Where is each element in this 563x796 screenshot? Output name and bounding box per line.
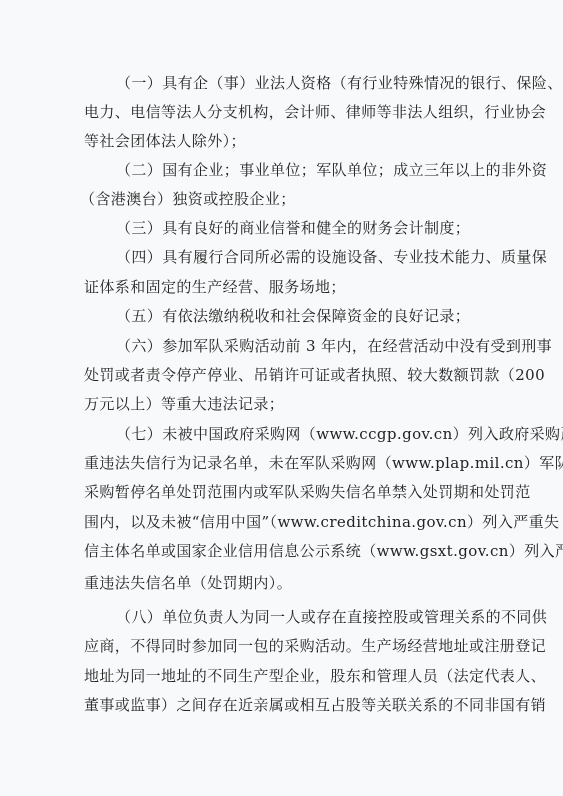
paragraph-7-line-4: 围内，以及未被“信用中国”（www.creditchina.gov.cn）列入严… xyxy=(84,511,480,533)
paragraph-6-line-2: 处罚或者责令停产停业、吊销许可证或者执照、较大数额罚款（200 xyxy=(84,364,480,386)
paragraph-4-line-1: （四）具有履行合同所必需的设施设备、专业技术能力、质量保 xyxy=(116,246,480,268)
paragraph-7-line-2: 重违法失信行为记录名单，未在军队采购网（www.plap.mil.cn）军队 xyxy=(84,452,480,474)
paragraph-1-line-2: 电力、电信等法人分支机构，会计师、律师等非法人组织，行业协会 xyxy=(84,101,480,123)
document-page: （一）具有企（事）业法人资格（有行业特殊情况的银行、保险、 电力、电信等法人分支… xyxy=(0,0,563,796)
paragraph-8-line-1: （八）单位负责人为同一人或存在直接控股或管理关系的不同供 xyxy=(116,606,480,628)
paragraph-3-line-1: （三）具有良好的商业信誉和健全的财务会计制度； xyxy=(116,217,480,239)
paragraph-2-line-1: （二）国有企业；事业单位；军队单位；成立三年以上的非外资 xyxy=(116,159,480,181)
paragraph-5-line-1: （五）有依法缴纳税收和社会保障资金的良好记录； xyxy=(116,305,480,327)
paragraph-1-line-1: （一）具有企（事）业法人资格（有行业特殊情况的银行、保险、 xyxy=(116,72,480,94)
paragraph-7-line-5: 信主体名单或国家企业信用信息公示系统（www.gsxt.gov.cn）列入严 xyxy=(84,540,480,562)
paragraph-1-line-3: 等社会团体法人除外）； xyxy=(84,130,480,152)
paragraph-7-line-6: 重违法失信名单（处罚期内）。 xyxy=(84,572,480,594)
paragraph-8-line-4: 董事或监事）之间存在近亲属或相互占股等关联关系的不同非国有销 xyxy=(84,694,480,716)
paragraph-6-line-3: 万元以上）等重大违法记录； xyxy=(84,393,480,415)
paragraph-8-line-2: 应商，不得同时参加同一包的采购活动。生产场经营地址或注册登记 xyxy=(84,635,480,657)
paragraph-8-line-3: 地址为同一地址的不同生产型企业，股东和管理人员（法定代表人、 xyxy=(84,665,480,687)
paragraph-7-line-3: 采购暂停名单处罚范围内或军队采购失信名单禁入处罚期和处罚范 xyxy=(84,481,480,503)
paragraph-7-line-1: （七）未被中国政府采购网（www.ccgp.gov.cn）列入政府采购严 xyxy=(116,423,480,445)
paragraph-4-line-2: 证体系和固定的生产经营、服务场地； xyxy=(84,276,480,298)
paragraph-6-line-1: （六）参加军队采购活动前 3 年内，在经营活动中没有受到刑事 xyxy=(116,335,480,357)
paragraph-2-line-2: （含港澳台）独资或控股企业； xyxy=(80,188,476,210)
